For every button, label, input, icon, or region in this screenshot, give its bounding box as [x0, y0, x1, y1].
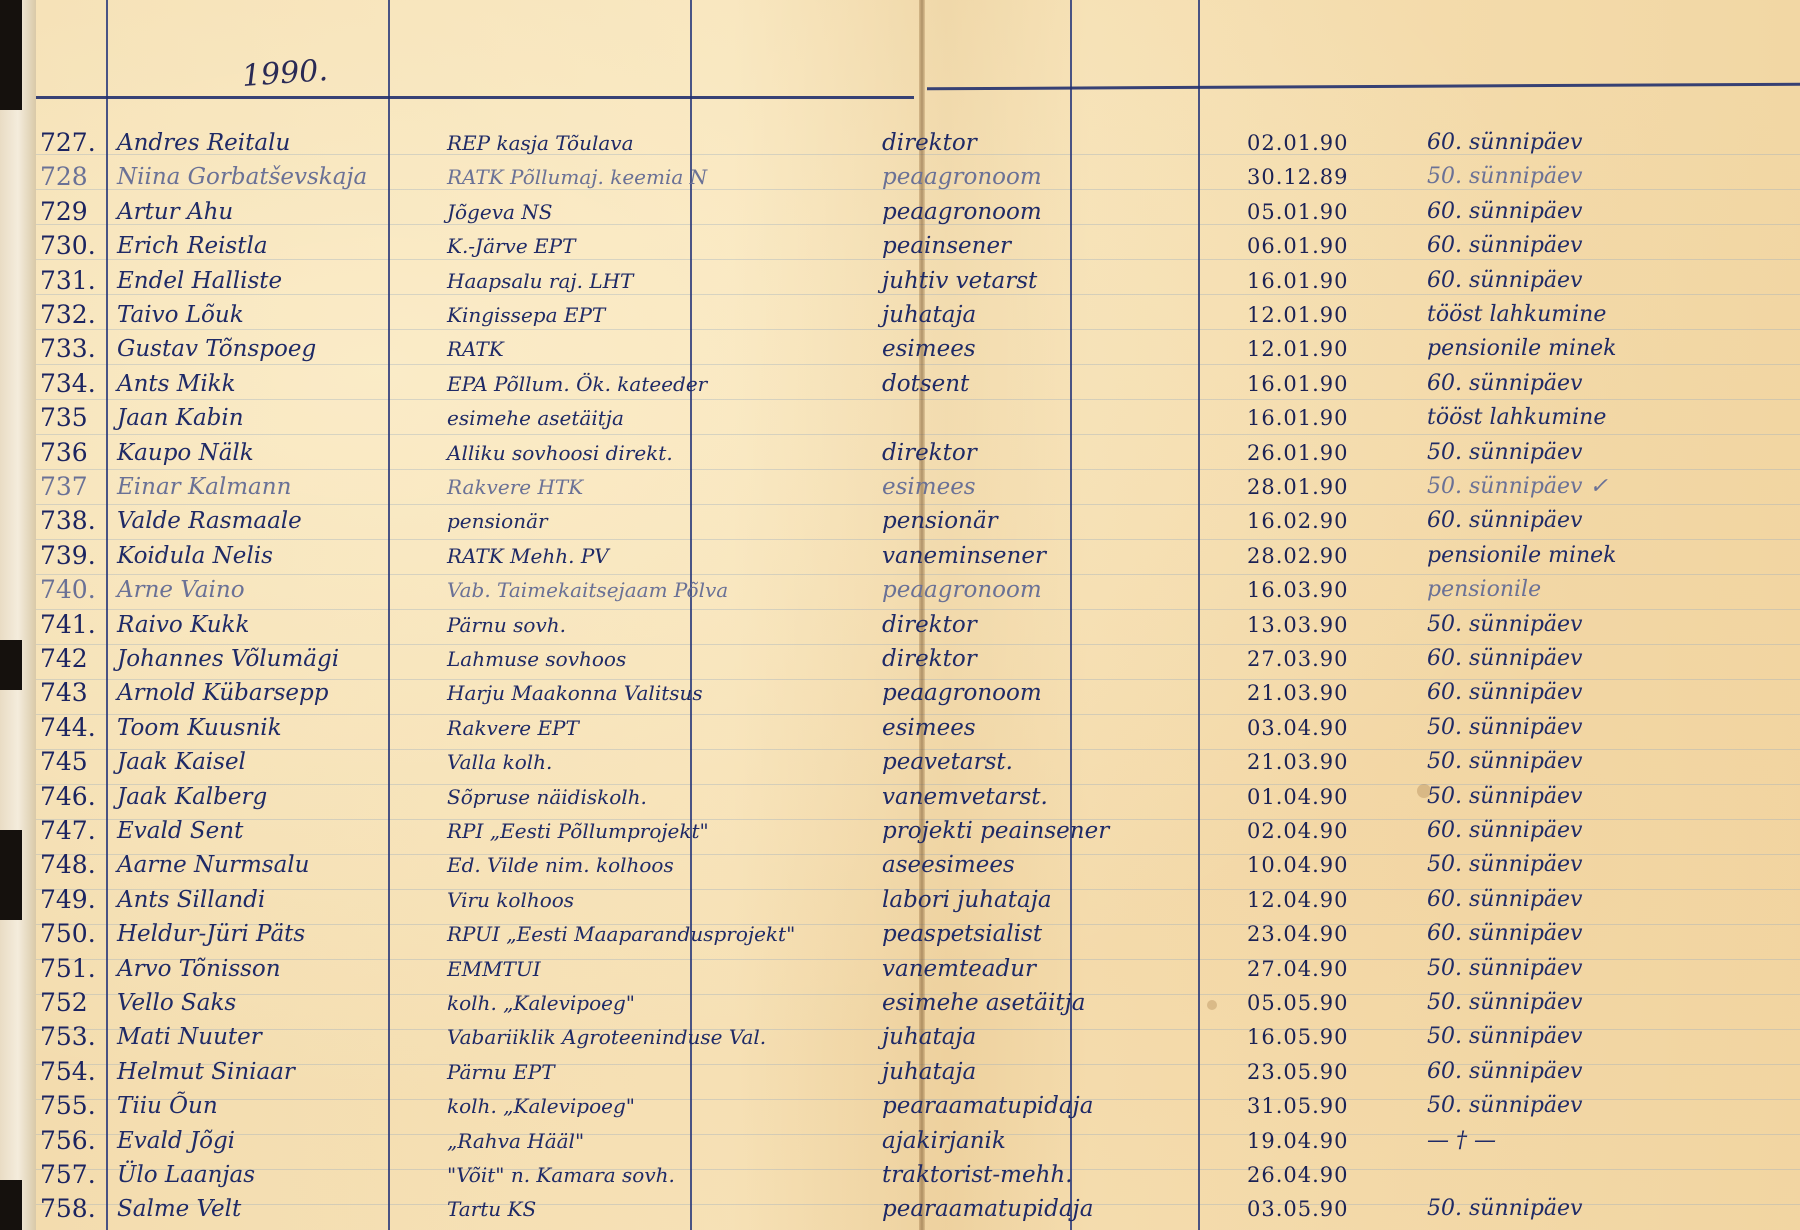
entry-note: 50. sünnipäev — [1427, 745, 1787, 779]
header-rule — [927, 83, 1800, 90]
entry-name: Raivo Kukk — [117, 608, 447, 642]
entry-position: esimees — [842, 711, 1242, 745]
entry-name: Koidula Nelis — [117, 539, 447, 573]
entry-date: 28.02.90 — [1247, 539, 1397, 573]
entry-workplace: RATK — [447, 332, 817, 366]
ledger-row: 731.Endel HallisteHaapsalu raj. LHTjuhti… — [22, 264, 1800, 298]
entry-workplace: esimehe asetäitja — [447, 401, 817, 435]
entry-note: 50. sünnipäev — [1427, 1089, 1787, 1123]
ledger-row: 737Einar KalmannRakvere HTKesimees28.01.… — [22, 470, 1800, 504]
entry-name: Evald Jõgi — [117, 1124, 447, 1158]
entry-date: 16.01.90 — [1247, 264, 1397, 298]
ledger-row: 753.Mati NuuterVabariiklik Agroteenindus… — [22, 1020, 1800, 1054]
entry-note: 60. sünnipäev — [1427, 195, 1787, 229]
entry-name: Arnold Kübarsepp — [117, 676, 447, 710]
entry-position: esimees — [842, 332, 1242, 366]
entry-date: 27.03.90 — [1247, 642, 1397, 676]
entry-position: esimehe asetäitja — [842, 986, 1242, 1020]
ledger-row: 736Kaupo NälkAlliku sovhoosi direkt.dire… — [22, 436, 1800, 470]
entry-workplace: Jõgeva NS — [447, 195, 817, 229]
entry-position: juhataja — [842, 298, 1242, 332]
entry-position: projekti peainsener — [842, 814, 1242, 848]
entry-workplace: Haapsalu raj. LHT — [447, 264, 817, 298]
entry-date: 05.05.90 — [1247, 986, 1397, 1020]
entry-name: Helmut Siniaar — [117, 1055, 447, 1089]
entry-position: vaneminsener — [842, 539, 1242, 573]
entry-date: 27.04.90 — [1247, 952, 1397, 986]
entry-name: Mati Nuuter — [117, 1020, 447, 1054]
entry-note: 60. sünnipäev — [1427, 917, 1787, 951]
entry-note: 50. sünnipäev — [1427, 436, 1787, 470]
entry-workplace: pensionär — [447, 504, 817, 538]
entry-name: Ants Sillandi — [117, 883, 447, 917]
entry-position: vanemvetarst. — [842, 780, 1242, 814]
entry-date: 12.04.90 — [1247, 883, 1397, 917]
entry-name: Ülo Laanjas — [117, 1158, 447, 1192]
ledger-row: 733.Gustav TõnspoegRATKesimees12.01.90pe… — [22, 332, 1800, 366]
entry-workplace: REP kasja Tõulava — [447, 126, 817, 160]
ledger-row: 754.Helmut SiniaarPärnu EPTjuhataja23.05… — [22, 1055, 1800, 1089]
entry-position: direktor — [842, 126, 1242, 160]
entry-date: 21.03.90 — [1247, 745, 1397, 779]
entry-date: 31.05.90 — [1247, 1089, 1397, 1123]
entry-name: Arne Vaino — [117, 573, 447, 607]
entry-position: peainsener — [842, 229, 1242, 263]
entry-name: Salme Velt — [117, 1192, 447, 1226]
entry-note: 50. sünnipäev — [1427, 1192, 1787, 1226]
entry-workplace: Lahmuse sovhoos — [447, 642, 817, 676]
entry-date: 26.01.90 — [1247, 436, 1397, 470]
entry-name: Aarne Nurmsalu — [117, 848, 447, 882]
entry-date: 21.03.90 — [1247, 676, 1397, 710]
entry-name: Jaak Kalberg — [117, 780, 447, 814]
entry-date: 19.04.90 — [1247, 1124, 1397, 1158]
entry-position: peaagronoom — [842, 573, 1242, 607]
entry-position: peaspetsialist — [842, 917, 1242, 951]
entry-note: 50. sünnipäev — [1427, 608, 1787, 642]
entry-name: Gustav Tõnspoeg — [117, 332, 447, 366]
entry-position: direktor — [842, 608, 1242, 642]
entry-note: pensionile minek — [1427, 539, 1787, 573]
entry-position: ajakirjanik — [842, 1124, 1242, 1158]
entry-position: aseesimees — [842, 848, 1242, 882]
ledger-row: 756.Evald Jõgi„Rahva Hääl"ajakirjanik19.… — [22, 1124, 1800, 1158]
entry-note: 50. sünnipäev — [1427, 1020, 1787, 1054]
ledger-row: 743Arnold KübarseppHarju Maakonna Valits… — [22, 676, 1800, 710]
entry-workplace: Ed. Vilde nim. kolhoos — [447, 848, 817, 882]
entry-workplace: RPI „Eesti Põllumprojekt" — [447, 814, 817, 848]
entry-note: 50. sünnipäev — [1427, 986, 1787, 1020]
ledger-row: 730.Erich ReistlaK.-Järve EPTpeainsener0… — [22, 229, 1800, 263]
entry-note: 60. sünnipäev — [1427, 1055, 1787, 1089]
entry-workplace: Pärnu EPT — [447, 1055, 817, 1089]
ledger-row: 744.Toom KuusnikRakvere EPTesimees03.04.… — [22, 711, 1800, 745]
entry-date: 03.05.90 — [1247, 1192, 1397, 1226]
entry-name: Tiiu Õun — [117, 1089, 447, 1123]
entry-position: peaagronoom — [842, 676, 1242, 710]
binding-shadow — [0, 1180, 22, 1230]
ledger-page-spread: 1990. 727.Andres ReitaluREP kasja Tõulav… — [22, 0, 1800, 1230]
ledger-row: 735Jaan Kabinesimehe asetäitja16.01.90tö… — [22, 401, 1800, 435]
entry-workplace: "Võit" n. Kamara sovh. — [447, 1158, 817, 1192]
entry-note: 50. sünnipäev — [1427, 952, 1787, 986]
entry-name: Evald Sent — [117, 814, 447, 848]
entry-date: 13.03.90 — [1247, 608, 1397, 642]
ledger-row: 741.Raivo KukkPärnu sovh.direktor13.03.9… — [22, 608, 1800, 642]
entry-date: 05.01.90 — [1247, 195, 1397, 229]
entry-date: 16.02.90 — [1247, 504, 1397, 538]
entry-workplace: EMMTUI — [447, 952, 817, 986]
entry-name: Niina Gorbatševskaja — [117, 160, 447, 194]
entry-note — [1427, 1158, 1787, 1192]
ledger-row: 757.Ülo Laanjas"Võit" n. Kamara sovh.tra… — [22, 1158, 1800, 1192]
binding-tape — [0, 0, 36, 1230]
entry-position: peaagronoom — [842, 160, 1242, 194]
ledger-row: 738.Valde Rasmaalepensionärpensionär16.0… — [22, 504, 1800, 538]
ledger-row: 755.Tiiu Õunkolh. „Kalevipoeg"pearaamatu… — [22, 1089, 1800, 1123]
entry-position: pearaamatupidaja — [842, 1089, 1242, 1123]
entry-position — [842, 401, 1242, 435]
entry-position: pearaamatupidaja — [842, 1192, 1242, 1226]
ledger-row: 729Artur AhuJõgeva NSpeaagronoom05.01.90… — [22, 195, 1800, 229]
entry-position: juhataja — [842, 1020, 1242, 1054]
entry-workplace: RATK Mehh. PV — [447, 539, 817, 573]
entry-note: 60. sünnipäev — [1427, 814, 1787, 848]
entry-name: Johannes Võlumägi — [117, 642, 447, 676]
entry-date: 02.04.90 — [1247, 814, 1397, 848]
entry-note: tööst lahkumine — [1427, 298, 1787, 332]
ledger-row: 749.Ants SillandiViru kolhooslabori juha… — [22, 883, 1800, 917]
entry-date: 26.04.90 — [1247, 1158, 1397, 1192]
entry-position: pensionär — [842, 504, 1242, 538]
entry-position: dotsent — [842, 367, 1242, 401]
entry-workplace: Vab. Taimekaitsejaam Põlva — [447, 573, 817, 607]
entry-note: 60. sünnipäev — [1427, 642, 1787, 676]
entry-workplace: Kingissepa EPT — [447, 298, 817, 332]
year-heading: 1990. — [241, 53, 329, 94]
entry-position: direktor — [842, 642, 1242, 676]
entry-name: Toom Kuusnik — [117, 711, 447, 745]
entry-position: juhataja — [842, 1055, 1242, 1089]
entry-workplace: EPA Põllum. Ök. kateeder — [447, 367, 817, 401]
entry-workplace: kolh. „Kalevipoeg" — [447, 1089, 817, 1123]
entry-note: 60. sünnipäev — [1427, 504, 1787, 538]
entry-name: Erich Reistla — [117, 229, 447, 263]
entry-name: Vello Saks — [117, 986, 447, 1020]
entry-workplace: Rakvere HTK — [447, 470, 817, 504]
entry-date: 12.01.90 — [1247, 332, 1397, 366]
entry-name: Jaan Kabin — [117, 401, 447, 435]
binding-shadow — [0, 0, 22, 110]
entry-position: direktor — [842, 436, 1242, 470]
entry-name: Ants Mikk — [117, 367, 447, 401]
entry-date: 16.03.90 — [1247, 573, 1397, 607]
header-rule — [34, 96, 914, 99]
entry-position: peavetarst. — [842, 745, 1242, 779]
entry-name: Andres Reitalu — [117, 126, 447, 160]
entry-date: 02.01.90 — [1247, 126, 1397, 160]
entry-name: Heldur-Jüri Päts — [117, 917, 447, 951]
entry-date: 12.01.90 — [1247, 298, 1397, 332]
entry-date: 23.04.90 — [1247, 917, 1397, 951]
entry-note: — † — — [1427, 1124, 1787, 1158]
binding-shadow — [0, 640, 22, 690]
entry-name: Jaak Kaisel — [117, 745, 447, 779]
entry-workplace: RATK Põllumaj. keemia N — [447, 160, 817, 194]
entry-position: vanemteadur — [842, 952, 1242, 986]
entry-position: peaagronoom — [842, 195, 1242, 229]
entry-position: juhtiv vetarst — [842, 264, 1242, 298]
entry-date: 01.04.90 — [1247, 780, 1397, 814]
entry-note: 50. sünnipäev ✓ — [1427, 470, 1787, 504]
ledger-row: 750.Heldur-Jüri PätsRPUI „Eesti Maaparan… — [22, 917, 1800, 951]
ledger-row: 740.Arne VainoVab. Taimekaitsejaam Põlva… — [22, 573, 1800, 607]
entry-workplace: Vabariiklik Agroteeninduse Val. — [447, 1020, 817, 1054]
entry-workplace: K.-Järve EPT — [447, 229, 817, 263]
entry-note: 50. sünnipäev — [1427, 848, 1787, 882]
entry-note: 60. sünnipäev — [1427, 264, 1787, 298]
entry-note: 60. sünnipäev — [1427, 367, 1787, 401]
ledger-row: 727.Andres ReitaluREP kasja Tõulavadirek… — [22, 126, 1800, 160]
ledger-row: 748.Aarne NurmsaluEd. Vilde nim. kolhoos… — [22, 848, 1800, 882]
entry-note: 60. sünnipäev — [1427, 883, 1787, 917]
entry-note: pensionile — [1427, 573, 1787, 607]
entry-note: 50. sünnipäev — [1427, 780, 1787, 814]
ledger-row: 758.Salme VeltTartu KSpearaamatupidaja03… — [22, 1192, 1800, 1226]
entry-workplace: Alliku sovhoosi direkt. — [447, 436, 817, 470]
ledger-row: 739.Koidula NelisRATK Mehh. PVvaneminsen… — [22, 539, 1800, 573]
binding-shadow — [0, 830, 22, 920]
entry-date: 03.04.90 — [1247, 711, 1397, 745]
entry-position: esimees — [842, 470, 1242, 504]
entry-note: pensionile minek — [1427, 332, 1787, 366]
entry-name: Arvo Tõnisson — [117, 952, 447, 986]
entry-date: 06.01.90 — [1247, 229, 1397, 263]
entry-name: Endel Halliste — [117, 264, 447, 298]
entry-position: traktorist-mehh. — [842, 1158, 1242, 1192]
ledger-row: 746.Jaak KalbergSõpruse näidiskolh.vanem… — [22, 780, 1800, 814]
entry-note: 60. sünnipäev — [1427, 126, 1787, 160]
entry-position: labori juhataja — [842, 883, 1242, 917]
entry-note: tööst lahkumine — [1427, 401, 1787, 435]
ledger-row: 732.Taivo LõukKingissepa EPTjuhataja12.0… — [22, 298, 1800, 332]
entry-date: 28.01.90 — [1247, 470, 1397, 504]
entry-note: 50. sünnipäev — [1427, 160, 1787, 194]
entry-workplace: Valla kolh. — [447, 745, 817, 779]
entry-date: 10.04.90 — [1247, 848, 1397, 882]
ledger-row: 745Jaak KaiselValla kolh.peavetarst.21.0… — [22, 745, 1800, 779]
entry-workplace: Sõpruse näidiskolh. — [447, 780, 817, 814]
entry-date: 30.12.89 — [1247, 160, 1397, 194]
entry-workplace: Harju Maakonna Valitsus — [447, 676, 817, 710]
entry-workplace: „Rahva Hääl" — [447, 1124, 817, 1158]
entry-note: 60. sünnipäev — [1427, 229, 1787, 263]
ledger-row: 728Niina GorbatševskajaRATK Põllumaj. ke… — [22, 160, 1800, 194]
entry-name: Artur Ahu — [117, 195, 447, 229]
ledger-row: 734.Ants MikkEPA Põllum. Ök. kateederdot… — [22, 367, 1800, 401]
entry-note: 60. sünnipäev — [1427, 676, 1787, 710]
ledger-row: 751.Arvo TõnissonEMMTUIvanemteadur27.04.… — [22, 952, 1800, 986]
entry-date: 16.01.90 — [1247, 367, 1397, 401]
entry-name: Valde Rasmaale — [117, 504, 447, 538]
entry-note: 50. sünnipäev — [1427, 711, 1787, 745]
entry-workplace: Tartu KS — [447, 1192, 817, 1226]
entry-name: Einar Kalmann — [117, 470, 447, 504]
entry-date: 16.05.90 — [1247, 1020, 1397, 1054]
entry-date: 16.01.90 — [1247, 401, 1397, 435]
ledger-row: 747.Evald SentRPI „Eesti Põllumprojekt"p… — [22, 814, 1800, 848]
entry-name: Taivo Lõuk — [117, 298, 447, 332]
entry-workplace: Rakvere EPT — [447, 711, 817, 745]
entry-workplace: Pärnu sovh. — [447, 608, 817, 642]
ledger-row: 742Johannes VõlumägiLahmuse sovhoosdirek… — [22, 642, 1800, 676]
entry-workplace: RPUI „Eesti Maaparandusprojekt" — [447, 917, 817, 951]
entry-workplace: kolh. „Kalevipoeg" — [447, 986, 817, 1020]
entry-name: Kaupo Nälk — [117, 436, 447, 470]
entry-workplace: Viru kolhoos — [447, 883, 817, 917]
entry-date: 23.05.90 — [1247, 1055, 1397, 1089]
ledger-row: 752Vello Sakskolh. „Kalevipoeg"esimehe a… — [22, 986, 1800, 1020]
